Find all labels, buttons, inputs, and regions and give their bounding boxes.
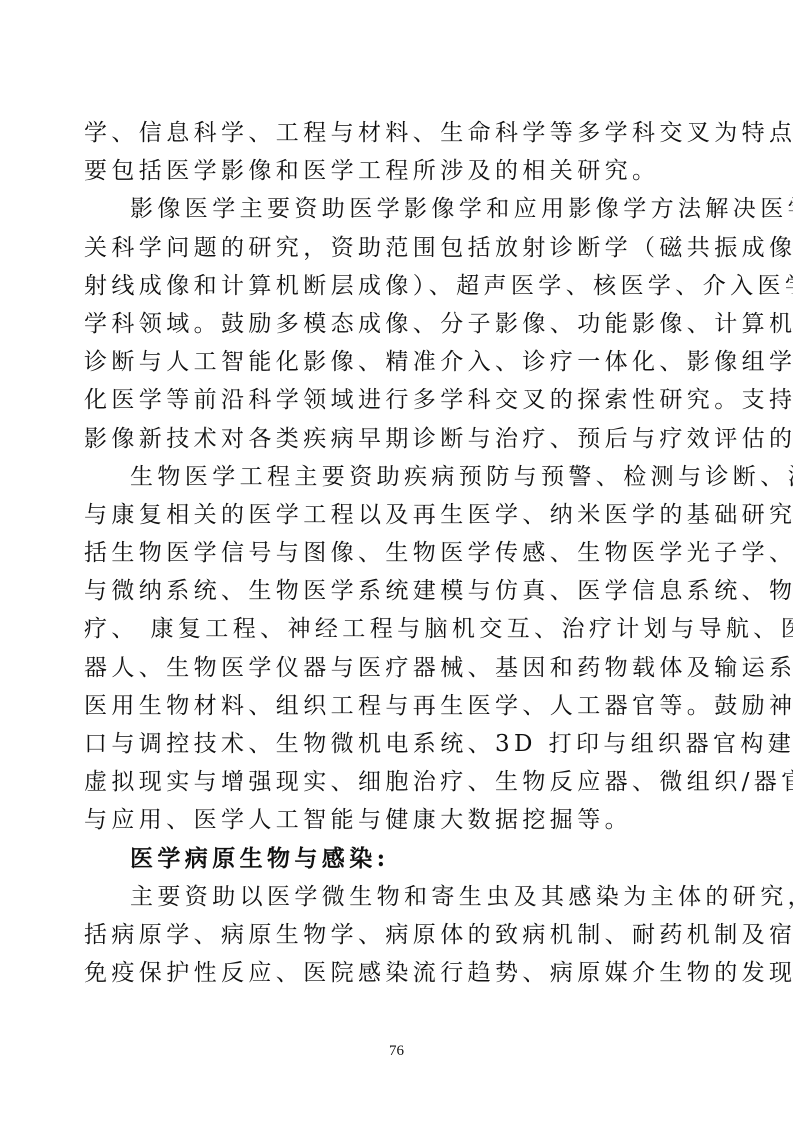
text-line: 疗、 康复工程、神经工程与脑机交互、治疗计划与导航、医疗机: [84, 610, 694, 648]
text-line: 括病原学、病原生物学、病原体的致病机制、耐药机制及宿主的: [84, 916, 694, 954]
text-line: 诊断与人工智能化影像、精准介入、诊疗一体化、影像组学及转: [84, 343, 694, 381]
paragraph-pathogen-infection: 主要资助以医学微生物和寄生虫及其感染为主体的研究，包 括病原学、病原生物学、病原…: [84, 878, 694, 993]
paragraph-imaging-medicine: 影像医学主要资助医学影像学和应用影像学方法解决医学相 关科学问题的研究，资助范围…: [84, 190, 694, 457]
text-line: 要包括医学影像和医学工程所涉及的相关研究。: [84, 152, 694, 190]
text-line: 化医学等前沿科学领域进行多学科交叉的探索性研究。支持应用: [84, 381, 694, 419]
paragraph-biomedical-engineering: 生物医学工程主要资助疾病预防与预警、检测与诊断、治疗 与康复相关的医学工程以及再…: [84, 458, 694, 840]
text-line: 口与调控技术、生物微机电系统、3D 打印与组织器官构建、医用: [84, 725, 694, 763]
text-line: 主要资助以医学微生物和寄生虫及其感染为主体的研究，包: [84, 878, 694, 916]
text-line: 影像医学主要资助医学影像学和应用影像学方法解决医学相: [84, 190, 694, 228]
text-line: 与应用、医学人工智能与健康大数据挖掘等。: [84, 801, 694, 839]
text-line: 器人、生物医学仪器与医疗器械、基因和药物载体及输运系统、: [84, 649, 694, 687]
text-line: 医用生物材料、组织工程与再生医学、人工器官等。鼓励神经接: [84, 687, 694, 725]
text-line: 关科学问题的研究，资助范围包括放射诊断学（磁共振成像、X: [84, 229, 694, 267]
text-line: 影像新技术对各类疾病早期诊断与治疗、预后与疗效评估的研究。: [84, 420, 694, 458]
text-line: 生物医学工程主要资助疾病预防与预警、检测与诊断、治疗: [84, 458, 694, 496]
section-heading-pathogen-infection: 医学病原生物与感染:: [84, 840, 694, 878]
text-line: 学、信息科学、工程与材料、生命科学等多学科交叉为特点，主: [84, 114, 694, 152]
text-line: 与康复相关的医学工程以及再生医学、纳米医学的基础研究，包: [84, 496, 694, 534]
text-line: 与微纳系统、生物医学系统建模与仿真、医学信息系统、物理治: [84, 572, 694, 610]
text-line: 射线成像和计算机断层成像）、超声医学、核医学、介入医学等: [84, 267, 694, 305]
text-line: 学科领域。鼓励多模态成像、分子影像、功能影像、计算机辅助: [84, 305, 694, 343]
text-line: 括生物医学信号与图像、生物医学传感、生物医学光子学、芯片: [84, 534, 694, 572]
page-number: 76: [0, 1043, 793, 1060]
text-line: 免疫保护性反应、医院感染流行趋势、病原媒介生物的发现及生: [84, 954, 694, 992]
section-heading: 医学病原生物与感染:: [84, 840, 694, 878]
text-line: 虚拟现实与增强现实、细胞治疗、生物反应器、微组织/器官构建: [84, 763, 694, 801]
document-page: 学、信息科学、工程与材料、生命科学等多学科交叉为特点，主 要包括医学影像和医学工…: [84, 114, 694, 992]
paragraph-intro-continuation: 学、信息科学、工程与材料、生命科学等多学科交叉为特点，主 要包括医学影像和医学工…: [84, 114, 694, 190]
